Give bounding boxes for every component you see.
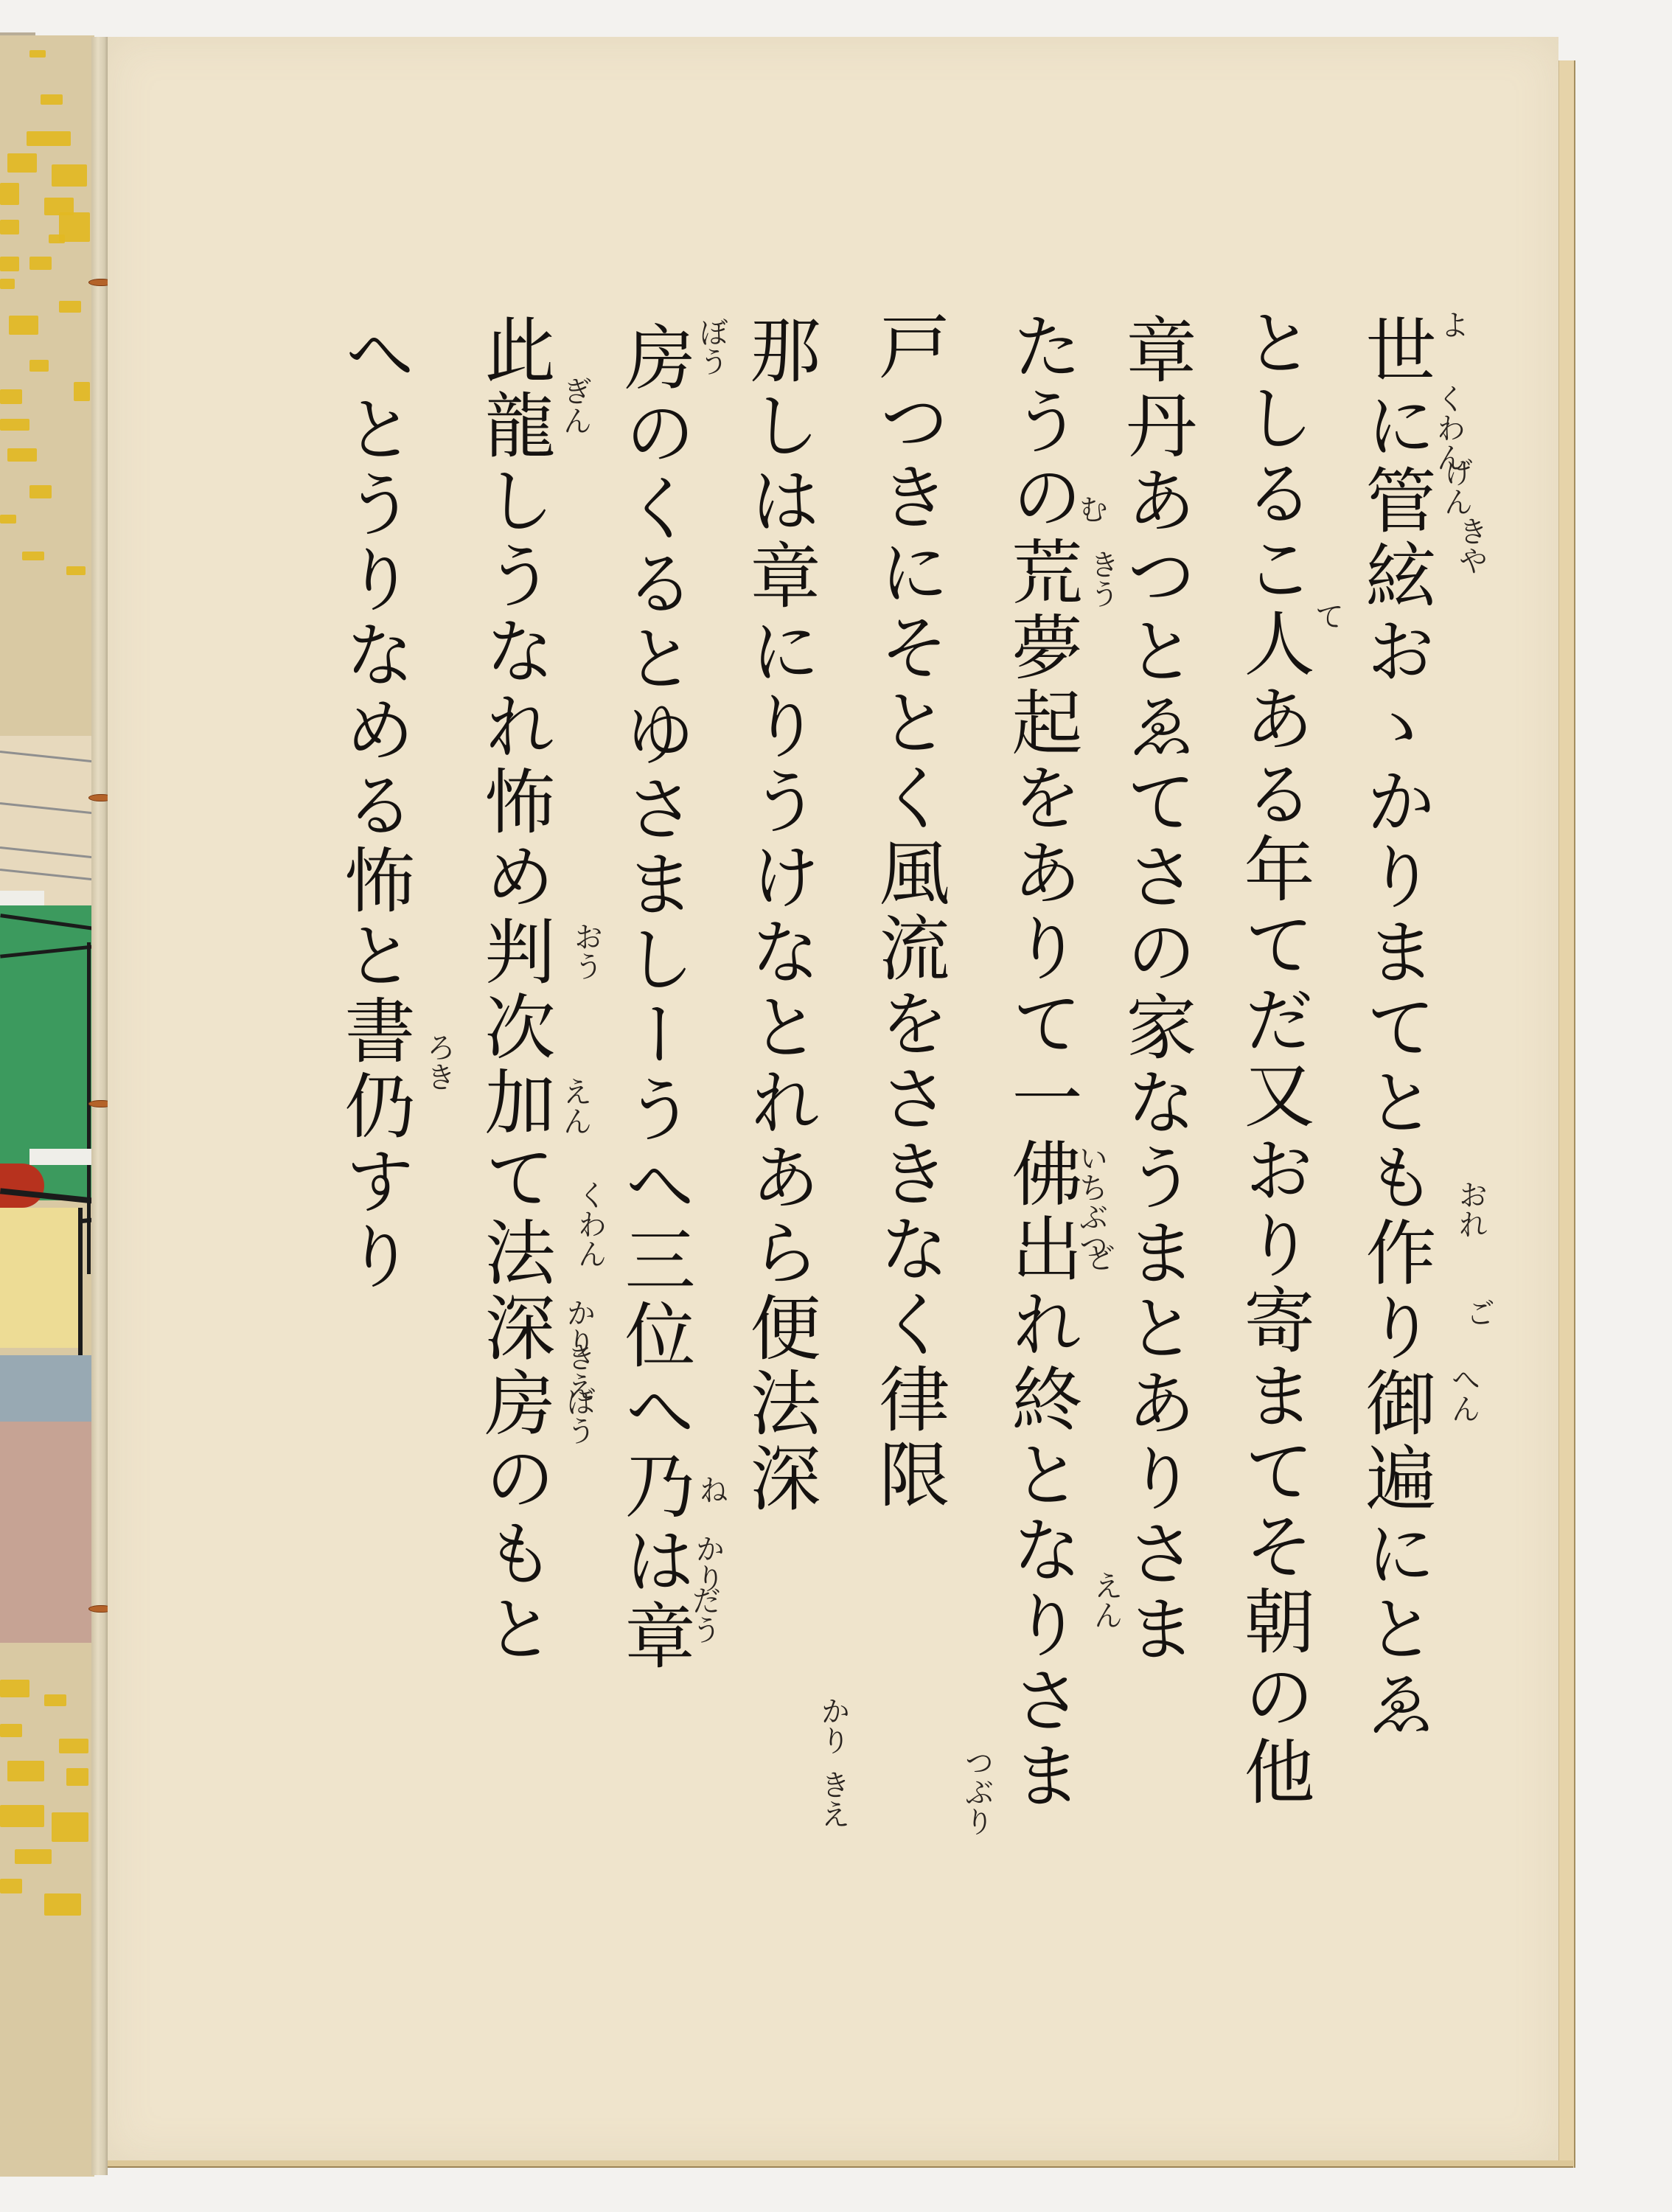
painted-interior-scene (0, 736, 94, 1621)
ruby-annotation: げん (1441, 457, 1471, 516)
ruby-annotation: ろき (424, 1032, 453, 1091)
ruby-annotation: ぼう (697, 317, 726, 376)
ruby-annotation: む (1076, 494, 1106, 524)
ruby-column-1: よ (1438, 310, 1467, 339)
ruby-annotation: だう (689, 1585, 719, 1644)
ruby-annotation: へん (1449, 1364, 1478, 1423)
page-bottom-edge (108, 2160, 1573, 2168)
ruby-annotation: つぶり (962, 1747, 992, 1836)
ruby-annotation: えん (560, 1077, 590, 1135)
ruby-annotation: くわん (575, 1180, 605, 1268)
ruby-annotation: ね (697, 1475, 726, 1504)
text-column-4: たうの荒夢起をありて一佛出れ終となりさま (1006, 310, 1077, 1814)
ruby-annotation: きや (1456, 516, 1485, 575)
ruby-annotation: ご (1463, 1298, 1493, 1327)
ruby-annotation: かり (818, 1696, 848, 1755)
ruby-annotation: おれ (1456, 1180, 1485, 1239)
ruby-annotation: かり (693, 1534, 722, 1593)
text-column-6: 那しは章にりうけなとれあら便法深 (745, 313, 815, 1517)
right-text-page (108, 37, 1558, 2160)
ruby-annotation: えん (1091, 1571, 1121, 1630)
left-page-illustration (0, 35, 94, 2177)
text-column-9: へとうりなめる怖と書仍すり (339, 317, 410, 1295)
ruby-annotation: て (1312, 601, 1342, 630)
text-column-7: 房のくるとゆさましーうへ三位へ乃は章 (619, 321, 690, 1674)
text-column-5: 戸つきにそとく風流をさきなく律限 (874, 310, 944, 1513)
text-column-2: としるこ人ある年てだ又おり寄まてそ朝の他 (1239, 306, 1309, 1810)
ruby-annotation: ぎん (560, 376, 590, 435)
ruby-annotation: おう (571, 922, 601, 981)
text-column-3: 章丹あつとゑてさの家なうまとありさま (1121, 313, 1191, 1667)
ruby-annotation: きう (1087, 549, 1117, 608)
ruby-annotation: きえ (818, 1770, 848, 1829)
ruby-annotation: ど (1084, 1242, 1113, 1272)
text-column-1: 世に管絃おゝかりまてとも作り御遍にとゑ (1360, 313, 1431, 1742)
book-photograph: 世に管絃おゝかりまてとも作り御遍にとゑ よ くわん げん きや おれ ご へん … (0, 0, 1672, 2212)
page-fore-edge (1558, 60, 1575, 2168)
text-column-8: 此龍しうなれ怖め判次加て法深房のもと (479, 313, 550, 1667)
ruby-annotation: ぼう (564, 1386, 593, 1445)
